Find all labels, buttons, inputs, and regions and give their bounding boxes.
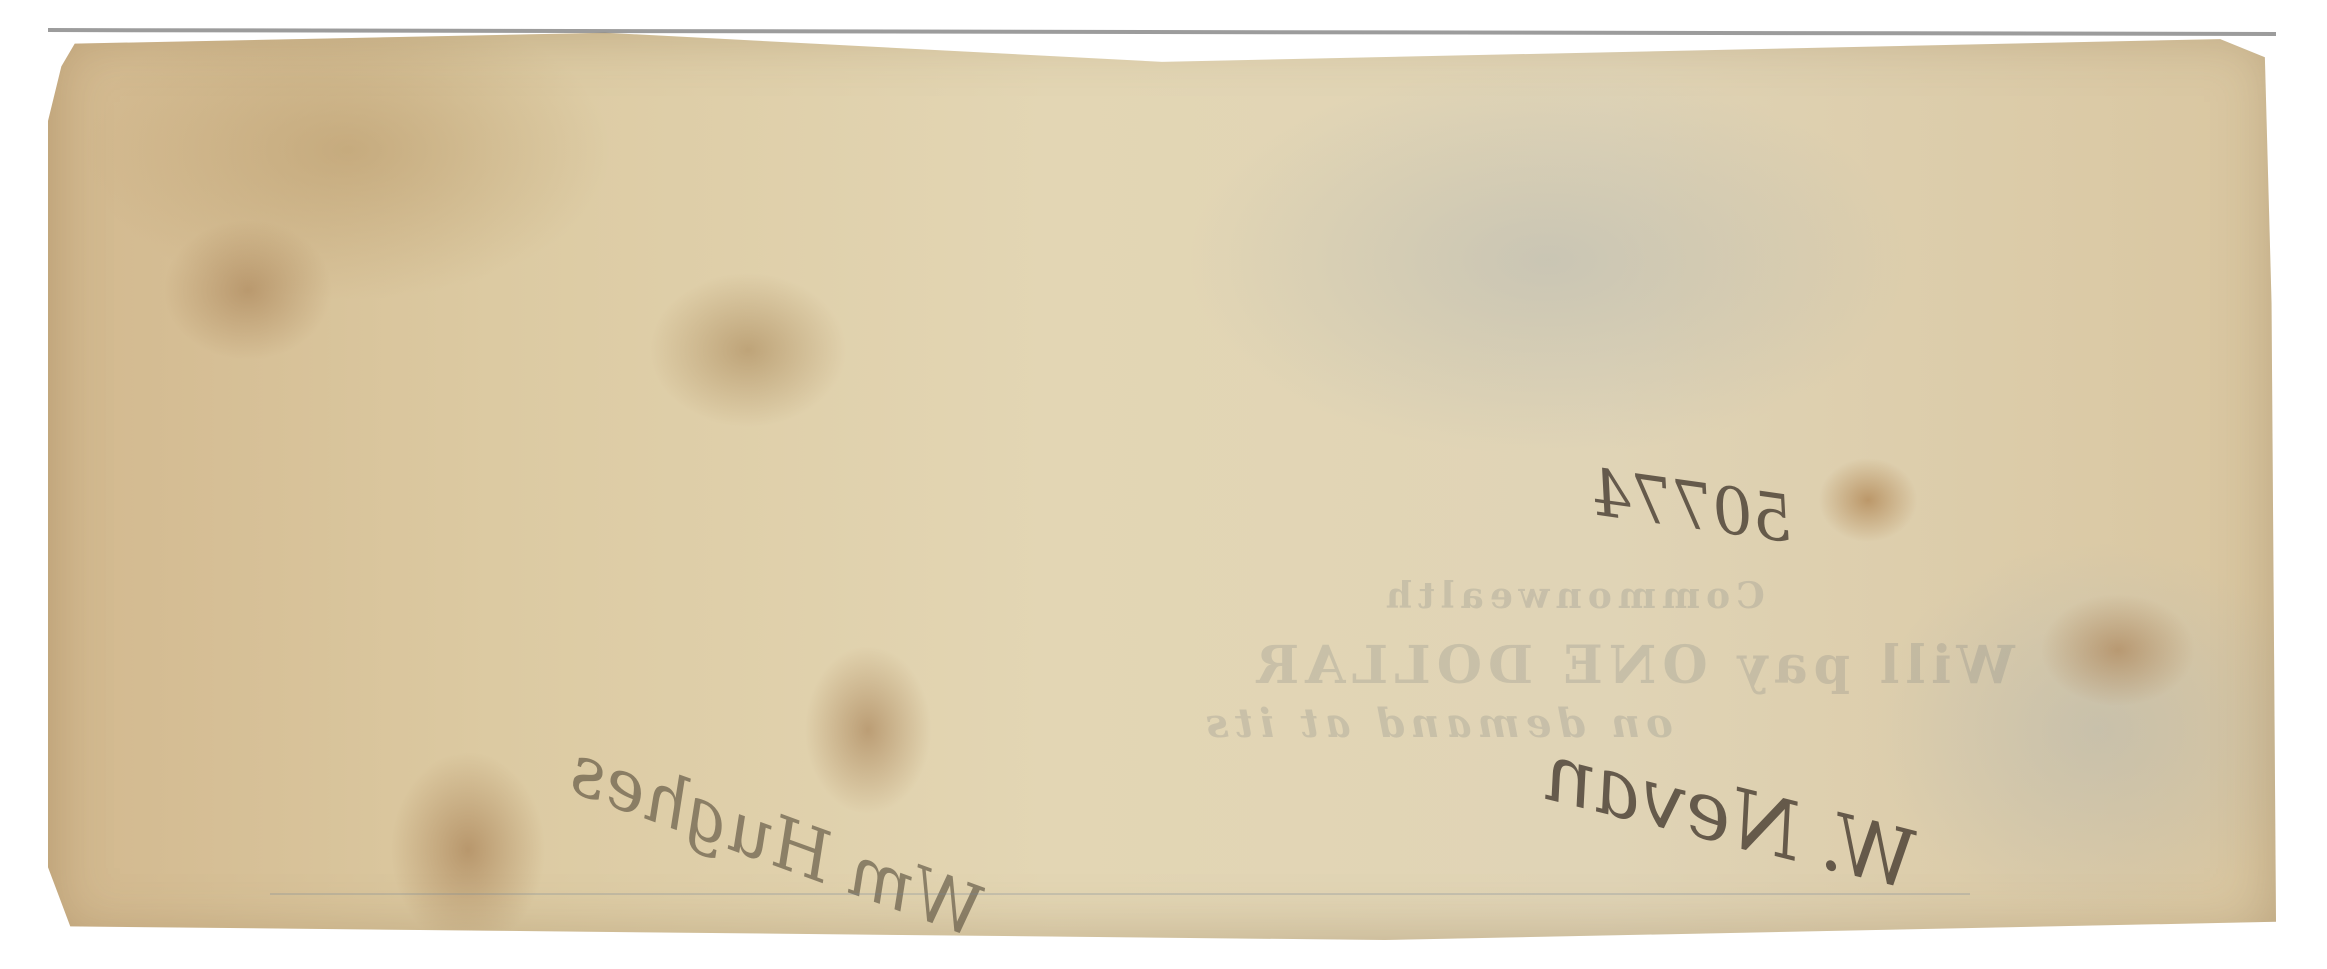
banknote-paper bbox=[48, 30, 2276, 940]
faint-border-line bbox=[270, 893, 1970, 895]
mirrored-printed-text-1: Commonwealth bbox=[1380, 575, 1765, 617]
paper-top-edge bbox=[48, 28, 2276, 36]
mirrored-printed-text-2: Will pay ONE DOLLAR bbox=[1250, 635, 2015, 696]
